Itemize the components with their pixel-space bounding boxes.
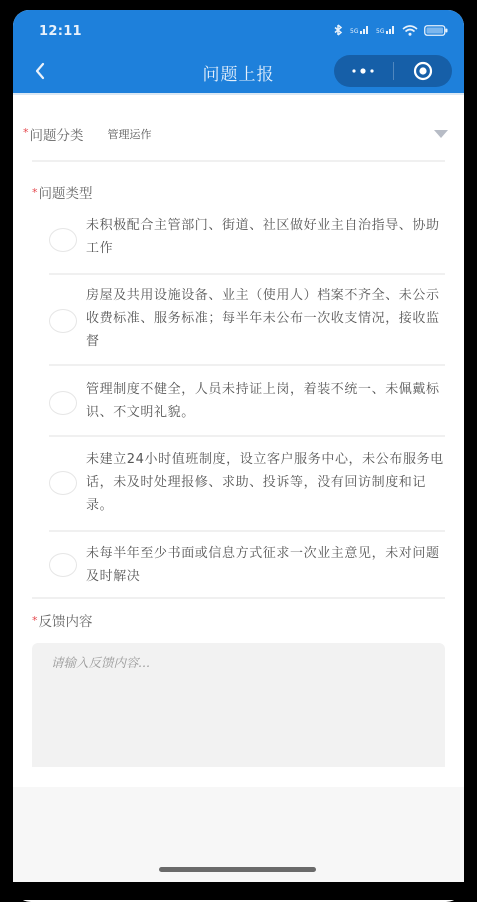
option-text: 未建立24小时值班制度，设立客户服务中心，未公布服务电话，未及时处理报修、求助、… [86,448,444,517]
option-divider [49,435,445,437]
close-mini-program-button[interactable] [394,55,453,87]
option-text: 未积极配合主管部门、街道、社区做好业主自治指导、协助工作 [86,214,444,260]
feedback-label: 反馈内容 [39,614,93,630]
wifi-icon [402,25,418,36]
radio-button[interactable] [49,471,77,495]
radio-button[interactable] [49,228,77,252]
problem-type-option-4[interactable]: 未建立24小时值班制度，设立客户服务中心，未公布服务电话，未及时处理报修、求助、… [49,440,445,525]
signal-icon-sim2: 5G [376,25,396,35]
problem-type-divider [32,597,445,599]
screen-bottom-bezel [0,882,477,900]
problem-type-option-1[interactable]: 未积极配合主管部门、街道、社区做好业主自治指导、协助工作 [49,212,445,267]
more-button[interactable] [334,55,393,87]
status-time: 12:11 [39,24,82,39]
option-divider [49,364,445,366]
battery-icon [424,25,448,36]
category-value: 管理运作 [108,126,152,142]
radio-button[interactable] [49,309,77,333]
status-icons: 5G 5G [332,24,448,36]
radio-button[interactable] [49,553,77,577]
option-divider [49,530,445,532]
problem-type-label-row: *问题类型 [32,182,93,202]
more-dots-icon [351,67,375,75]
option-text: 未每半年至少书面或信息方式征求一次业主意见，未对问题及时解决 [86,542,444,588]
category-divider [32,160,445,162]
mini-program-capsule [334,55,452,87]
app-header: 12:11 5G 5G [13,10,464,93]
option-text: 管理制度不健全，人员未持证上岗，着装不统一、未佩戴标识、不文明礼貌。 [86,378,444,424]
svg-text:5G: 5G [376,28,385,35]
signal-icon-sim1: 5G [350,25,370,35]
radio-button[interactable] [49,391,77,415]
problem-type-label: 问题类型 [39,186,93,202]
bluetooth-icon [332,24,344,36]
status-bar: 12:11 5G 5G [13,10,464,52]
nav-bar: 问题上报 [13,52,464,93]
option-divider [49,273,445,275]
dropdown-triangle-icon [434,130,448,138]
header-divider [13,93,464,95]
problem-type-option-5[interactable]: 未每半年至少书面或信息方式征求一次业主意见，未对问题及时解决 [49,535,445,595]
category-label: 问题分类 [30,124,84,144]
option-text: 房屋及共用设施设备、业主（使用人）档案不齐全、未公示收费标准、服务标准；每半年未… [86,284,444,353]
category-select[interactable]: * 问题分类 管理运作 [23,122,448,146]
feedback-label-row: *反馈内容 [32,610,93,630]
phone-screen: 12:11 5G 5G [13,10,464,900]
problem-type-option-2[interactable]: 房屋及共用设施设备、业主（使用人）档案不齐全、未公示收费标准、服务标准；每半年未… [49,278,445,360]
problem-type-option-3[interactable]: 管理制度不健全，人员未持证上岗，着装不统一、未佩戴标识、不文明礼貌。 [49,369,445,431]
required-mark: * [32,186,38,199]
required-mark: * [23,126,29,139]
required-mark: * [32,614,38,627]
target-circle-icon [413,61,433,81]
svg-text:5G: 5G [350,28,359,35]
home-indicator[interactable] [159,867,316,872]
form-bottom-spacer [13,767,464,787]
